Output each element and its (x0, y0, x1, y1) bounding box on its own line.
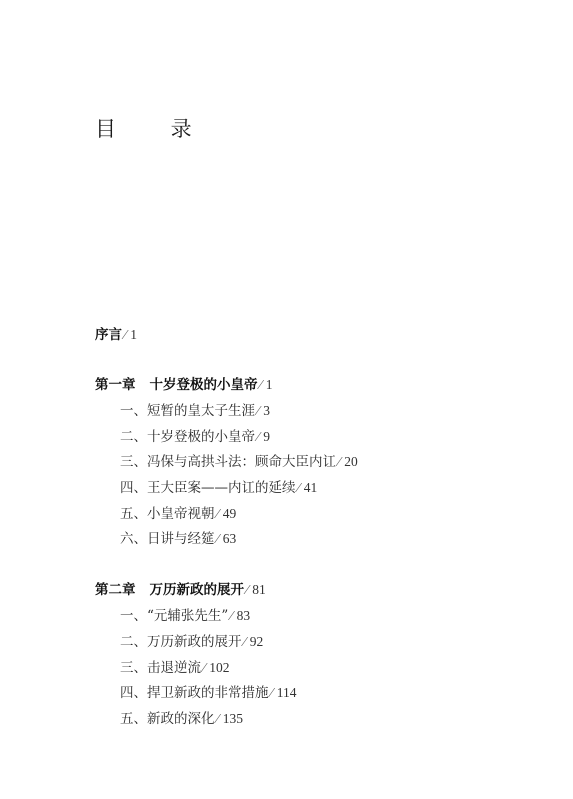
page-separator: ⁄ (257, 429, 259, 444)
toc-entry-section[interactable]: 三、冯保与高拱斗法：顾命大臣内讧⁄20 (120, 454, 358, 470)
toc-entry-section[interactable]: 二、万历新政的展开⁄92 (120, 634, 263, 650)
toc-entry-section[interactable]: 四、王大臣案——内讧的延续⁄41 (120, 480, 317, 496)
page-separator: ⁄ (246, 582, 248, 597)
toc-entry-section[interactable]: 一、短暂的皇太子生涯⁄3 (120, 403, 270, 419)
entry-title: 序言 (95, 327, 122, 343)
page-separator: ⁄ (217, 711, 219, 726)
entry-title: 万历新政的展开 (150, 582, 245, 598)
toc-entry-section[interactable]: 一、“元辅张先生”⁄83 (120, 608, 250, 624)
page-separator: ⁄ (298, 480, 300, 495)
entry-title: 六、日讲与经筵 (120, 531, 215, 547)
page-separator: ⁄ (230, 608, 232, 623)
page-separator: ⁄ (124, 327, 126, 342)
entry-title: 五、新政的深化 (120, 711, 215, 727)
entry-title: 五、小皇帝视朝 (120, 506, 215, 522)
toc-entry-chapter-1[interactable]: 第一章十岁登极的小皇帝⁄1 (95, 377, 273, 393)
page-number: 81 (252, 582, 266, 597)
entry-title: 三、冯保与高拱斗法：顾命大臣内讧 (120, 454, 336, 470)
entry-title: 三、击退逆流 (120, 660, 201, 676)
page-separator: ⁄ (244, 634, 246, 649)
entry-title: 一、“元辅张先生” (120, 608, 228, 624)
page-separator: ⁄ (203, 660, 205, 675)
page-number: 49 (223, 506, 237, 521)
entry-title: 四、捍卫新政的非常措施 (120, 685, 269, 701)
toc-entry-section[interactable]: 二、十岁登极的小皇帝⁄9 (120, 429, 270, 445)
page-number: 114 (277, 685, 297, 700)
page-title: 目 录 (95, 113, 216, 143)
page-separator: ⁄ (217, 531, 219, 546)
page-separator: ⁄ (338, 454, 340, 469)
toc-entry-section[interactable]: 三、击退逆流⁄102 (120, 660, 230, 676)
chapter-label: 第一章 (95, 377, 136, 393)
page-separator: ⁄ (260, 377, 262, 392)
page-number: 92 (250, 634, 264, 649)
entry-title: 十岁登极的小皇帝 (150, 377, 258, 393)
page-number: 9 (263, 429, 270, 444)
page-number: 135 (223, 711, 243, 726)
page-number: 3 (263, 403, 270, 418)
toc-entry-section[interactable]: 五、小皇帝视朝⁄49 (120, 506, 236, 522)
page-number: 20 (344, 454, 358, 469)
page-number: 83 (237, 608, 251, 623)
toc-entry-chapter-2[interactable]: 第二章万历新政的展开⁄81 (95, 582, 266, 598)
toc-entry-section[interactable]: 四、捍卫新政的非常措施⁄114 (120, 685, 297, 701)
entry-title: 一、短暂的皇太子生涯 (120, 403, 255, 419)
page-number: 1 (266, 377, 273, 392)
page-number: 63 (223, 531, 237, 546)
page-separator: ⁄ (257, 403, 259, 418)
page-number: 41 (304, 480, 318, 495)
entry-title: 四、王大臣案——内讧的延续 (120, 480, 296, 496)
page-separator: ⁄ (217, 506, 219, 521)
page-separator: ⁄ (271, 685, 273, 700)
page-number: 1 (130, 327, 137, 342)
page-number: 102 (209, 660, 229, 675)
chapter-label: 第二章 (95, 582, 136, 598)
toc-entry-section[interactable]: 六、日讲与经筵⁄63 (120, 531, 236, 547)
toc-entry-preface[interactable]: 序言⁄1 (95, 327, 137, 343)
toc-entry-section[interactable]: 五、新政的深化⁄135 (120, 711, 243, 727)
entry-title: 二、十岁登极的小皇帝 (120, 429, 255, 445)
entry-title: 二、万历新政的展开 (120, 634, 242, 650)
